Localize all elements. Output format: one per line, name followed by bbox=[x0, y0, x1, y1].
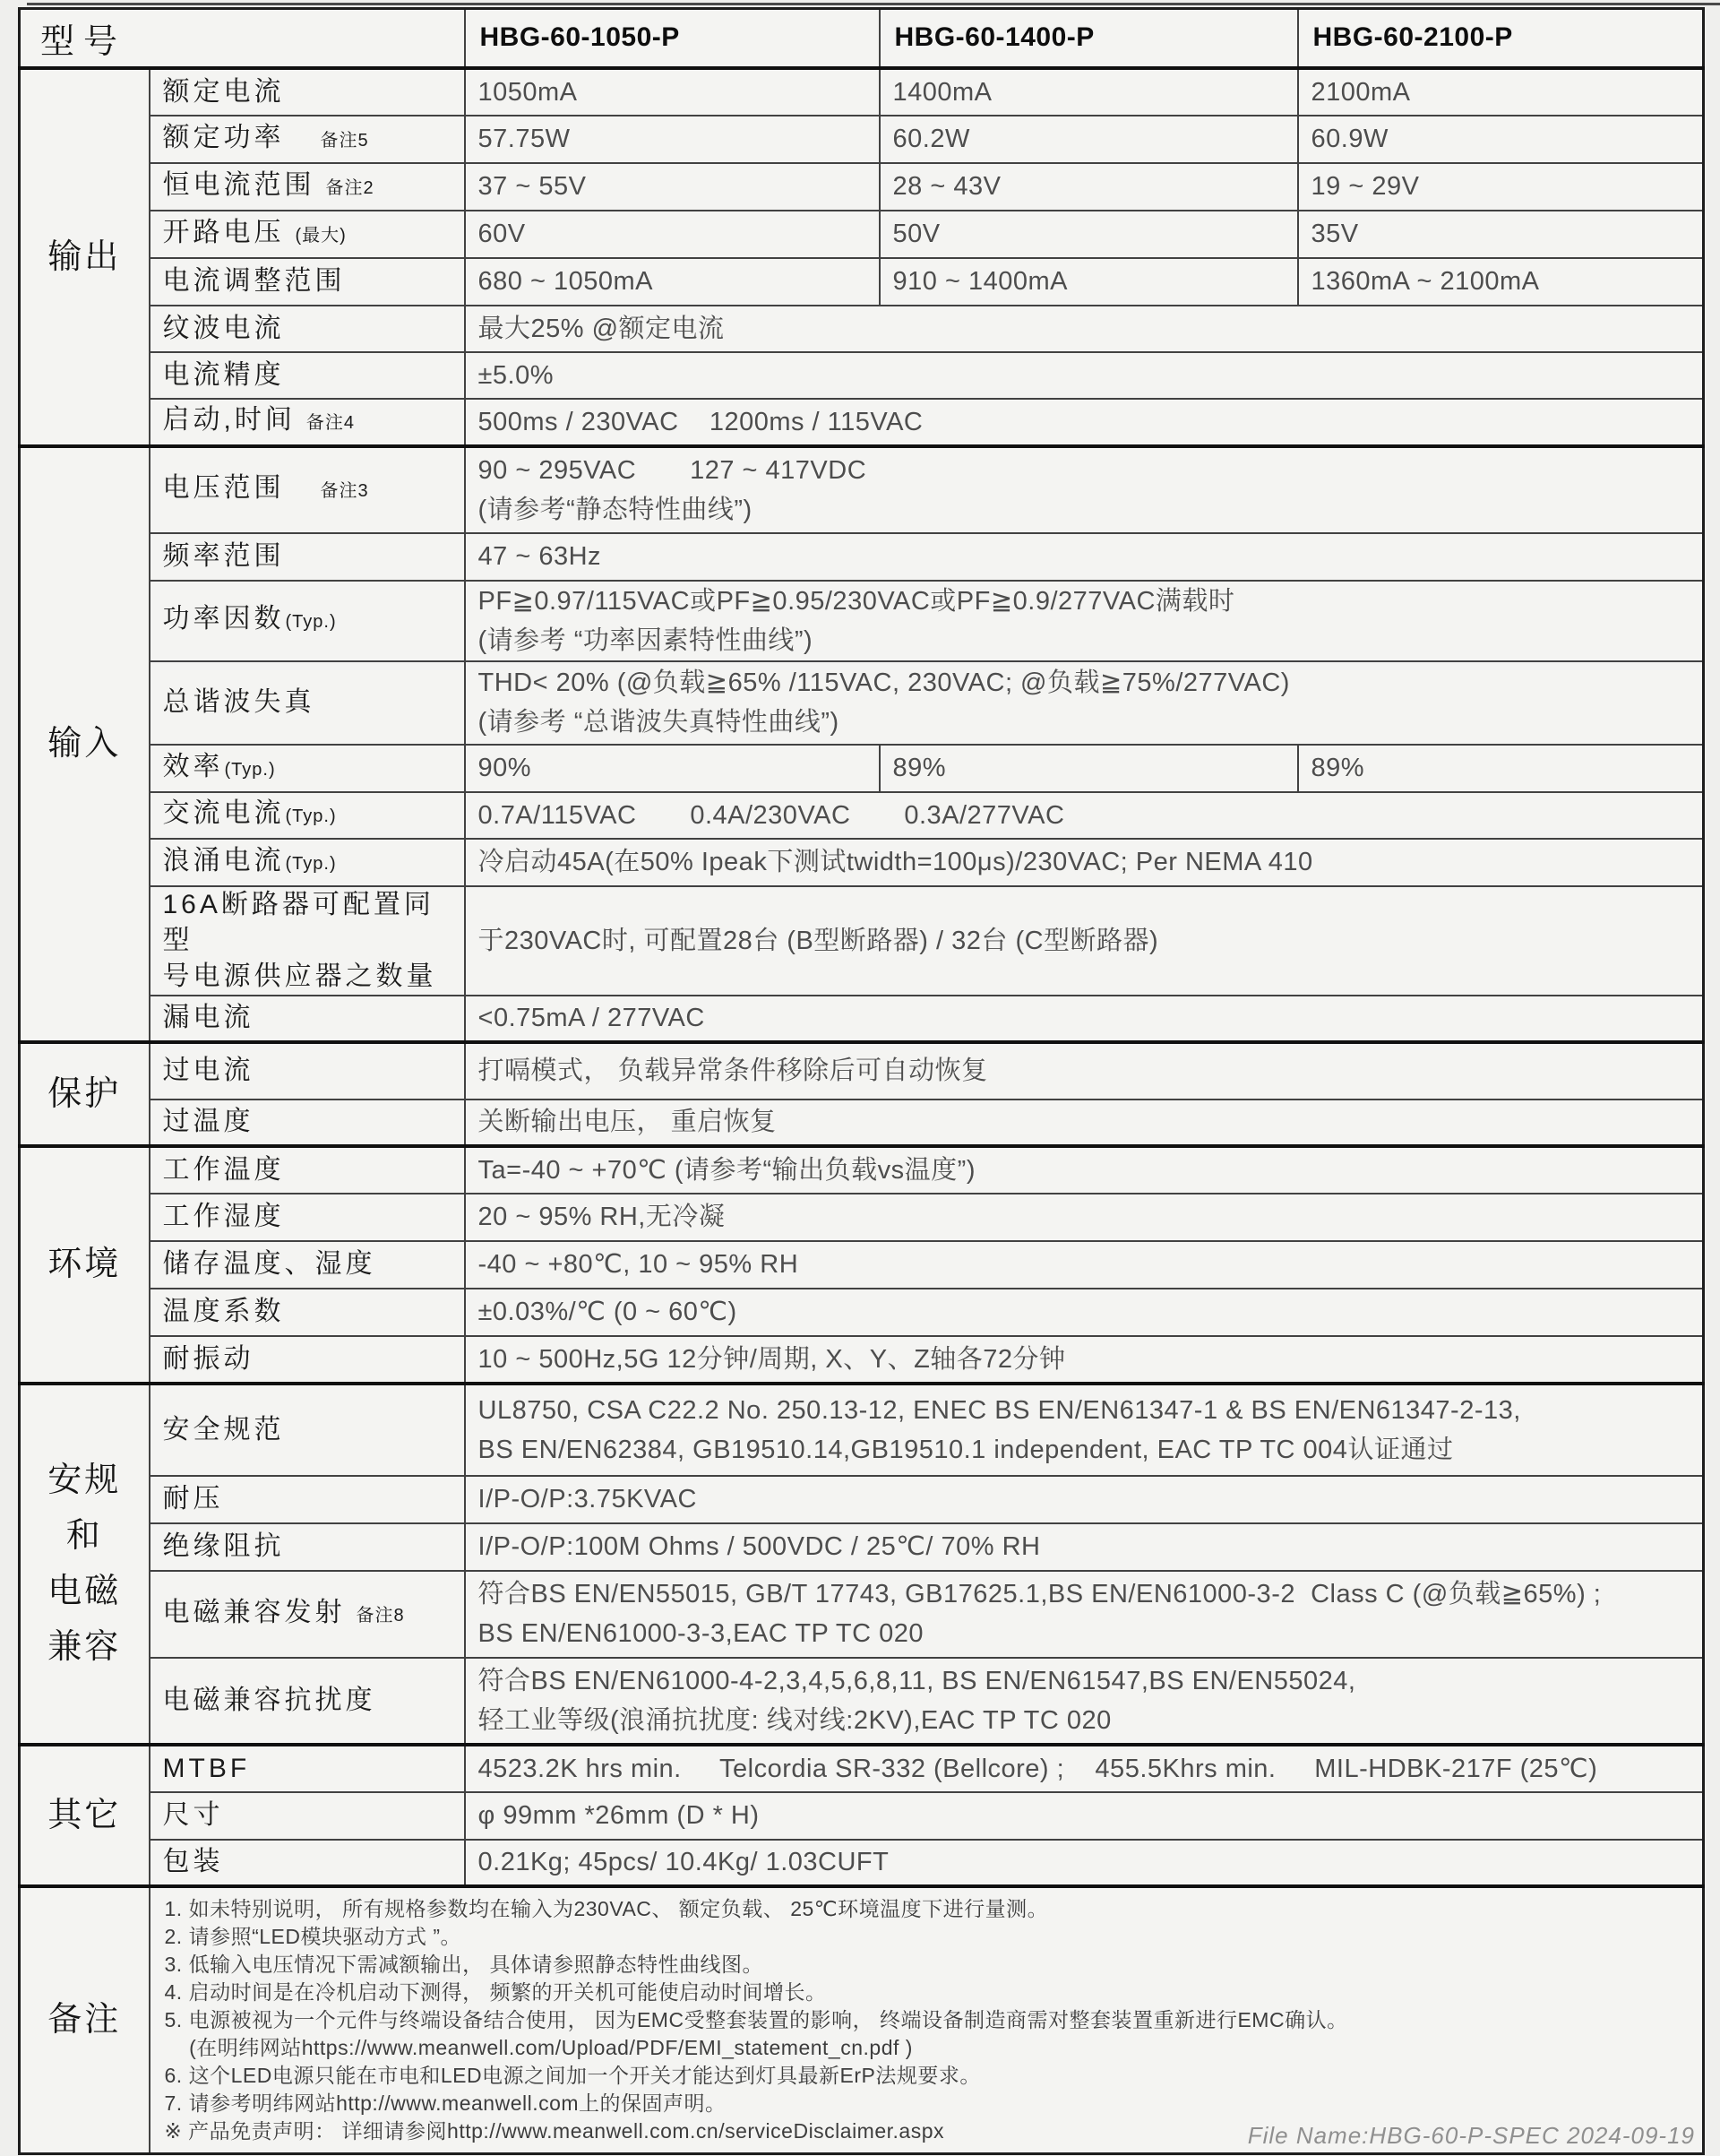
category-cell-protection: 保护 bbox=[20, 1042, 150, 1146]
row-note-label: 备注2 bbox=[326, 178, 374, 198]
row-label-cell: 漏电流 bbox=[150, 996, 465, 1042]
table-row: 安规 和 电磁 兼容 安全规范 UL8750, CSA C22.2 No. 25… bbox=[20, 1384, 1704, 1476]
row-note-label: 备注3 bbox=[321, 481, 369, 501]
row-label-cell: 电流调整范围 bbox=[150, 258, 465, 306]
row-label-cell: 交流电流(Typ.) bbox=[150, 792, 465, 839]
value-cell: 0.7A/115VAC 0.4A/230VAC 0.3A/277VAC bbox=[465, 792, 1704, 839]
page-top-rule bbox=[27, 3, 1720, 5]
row-label-cell: 耐压 bbox=[150, 1476, 465, 1523]
row-label-cell: 电压范围备注3 bbox=[150, 446, 465, 533]
value-cell: ±0.03%/℃ (0 ~ 60℃) bbox=[465, 1289, 1704, 1336]
value-cell: <0.75mA / 277VAC bbox=[465, 996, 1704, 1042]
value-cell: 符合BS EN/EN55015, GB/T 17743, GB17625.1,B… bbox=[465, 1571, 1704, 1658]
model-cell: HBG-60-1400-P bbox=[880, 9, 1298, 68]
category-cell-notes: 备注 bbox=[20, 1886, 150, 2154]
row-note-label: (Typ.) bbox=[286, 806, 337, 826]
notes-cell: 1. 如未特别说明， 所有规格参数均在输入为230VAC、 额定负载、 25℃环… bbox=[150, 1886, 1704, 2154]
row-label-cell: 电磁兼容发射备注8 bbox=[150, 1571, 465, 1658]
table-row: 储存温度、湿度 -40 ~ +80℃, 10 ~ 95% RH bbox=[20, 1241, 1704, 1289]
table-row: 耐压 I/P-O/P:3.75KVAC bbox=[20, 1476, 1704, 1523]
row-label-cell: 电磁兼容抗扰度 bbox=[150, 1658, 465, 1745]
row-label-cell: 工作温度 bbox=[150, 1146, 465, 1194]
value-cell: 89% bbox=[1298, 745, 1704, 792]
value-cell: 关断输出电压， 重启恢复 bbox=[465, 1100, 1704, 1146]
row-label-cell: 绝缘阻抗 bbox=[150, 1523, 465, 1571]
value-cell: UL8750, CSA C22.2 No. 250.13-12, ENEC BS… bbox=[465, 1384, 1704, 1476]
category-cell-environment: 环境 bbox=[20, 1146, 150, 1384]
value-cell: PF≧0.97/115VAC或PF≧0.95/230VAC或PF≧0.9/277… bbox=[465, 581, 1704, 661]
row-note-label: 备注5 bbox=[321, 131, 369, 151]
value-cell: 20 ~ 95% RH,无冷凝 bbox=[465, 1194, 1704, 1241]
table-row: 保护 过电流 打嗝模式， 负载异常条件移除后可自动恢复 bbox=[20, 1042, 1704, 1100]
table-row: 输入 电压范围备注3 90 ~ 295VAC 127 ~ 417VDC (请参考… bbox=[20, 446, 1704, 533]
model-cell: HBG-60-2100-P bbox=[1298, 9, 1704, 68]
row-label-cell: 频率范围 bbox=[150, 533, 465, 581]
value-cell: 89% bbox=[880, 745, 1298, 792]
value-cell: 50V bbox=[880, 211, 1298, 258]
table-row: 交流电流(Typ.) 0.7A/115VAC 0.4A/230VAC 0.3A/… bbox=[20, 792, 1704, 839]
table-row: 电磁兼容发射备注8 符合BS EN/EN55015, GB/T 17743, G… bbox=[20, 1571, 1704, 1658]
value-cell: THD< 20% (@负载≧65% /115VAC, 230VAC; @负载≧7… bbox=[465, 661, 1704, 745]
row-label-cell: 电流精度 bbox=[150, 352, 465, 399]
category-cell-safety-emc: 安规 和 电磁 兼容 bbox=[20, 1384, 150, 1745]
spec-table: 型号 HBG-60-1050-P HBG-60-1400-P HBG-60-21… bbox=[18, 7, 1705, 2155]
row-label-cell: 开路电压(最大) bbox=[150, 211, 465, 258]
table-row: 耐振动 10 ~ 500Hz,5G 12分钟/周期, X、Y、Z轴各72分钟 bbox=[20, 1336, 1704, 1384]
value-cell: 最大25% @额定电流 bbox=[465, 306, 1704, 352]
row-label-cell: 额定电流 bbox=[150, 68, 465, 116]
value-cell: 57.75W bbox=[465, 116, 880, 163]
row-label-cell: 16A断路器可配置同型 号电源供应器之数量 bbox=[150, 886, 465, 996]
table-row: 过温度 关断输出电压， 重启恢复 bbox=[20, 1100, 1704, 1146]
row-label-cell: 工作湿度 bbox=[150, 1194, 465, 1241]
table-row: 电流精度 ±5.0% bbox=[20, 352, 1704, 399]
value-cell: 28 ~ 43V bbox=[880, 163, 1298, 211]
value-cell: I/P-O/P:100M Ohms / 500VDC / 25℃/ 70% RH bbox=[465, 1523, 1704, 1571]
value-cell: 0.21Kg; 45pcs/ 10.4Kg/ 1.03CUFT bbox=[465, 1840, 1704, 1886]
row-label-cell: 启动,时间备注4 bbox=[150, 399, 465, 446]
table-row: 浪涌电流(Typ.) 冷启动45A(在50% Ipeak下测试twidth=10… bbox=[20, 839, 1704, 886]
value-cell: 于230VAC时, 可配置28台 (B型断路器) / 32台 (C型断路器) bbox=[465, 886, 1704, 996]
value-cell: -40 ~ +80℃, 10 ~ 95% RH bbox=[465, 1241, 1704, 1289]
table-row: 绝缘阻抗 I/P-O/P:100M Ohms / 500VDC / 25℃/ 7… bbox=[20, 1523, 1704, 1571]
table-row: 环境 工作温度 Ta=-40 ~ +70℃ (请参考“输出负载vs温度”) bbox=[20, 1146, 1704, 1194]
row-label-cell: 包装 bbox=[150, 1840, 465, 1886]
value-cell: 35V bbox=[1298, 211, 1704, 258]
row-label-cell: 耐振动 bbox=[150, 1336, 465, 1384]
value-cell: 60.9W bbox=[1298, 116, 1704, 163]
value-cell: 90% bbox=[465, 745, 880, 792]
row-note-label: (最大) bbox=[296, 226, 347, 246]
value-cell: 1360mA ~ 2100mA bbox=[1298, 258, 1704, 306]
value-cell: 37 ~ 55V bbox=[465, 163, 880, 211]
row-label-cell: 恒电流范围备注2 bbox=[150, 163, 465, 211]
table-row: 电流调整范围 680 ~ 1050mA 910 ~ 1400mA 1360mA … bbox=[20, 258, 1704, 306]
value-cell: 19 ~ 29V bbox=[1298, 163, 1704, 211]
value-cell: 1400mA bbox=[880, 68, 1298, 116]
value-cell: 1050mA bbox=[465, 68, 880, 116]
row-label-cell: 纹波电流 bbox=[150, 306, 465, 352]
category-cell-input: 输入 bbox=[20, 446, 150, 1042]
model-cell: HBG-60-1050-P bbox=[465, 9, 880, 68]
value-cell: 680 ~ 1050mA bbox=[465, 258, 880, 306]
table-row: 启动,时间备注4 500ms / 230VAC 1200ms / 115VAC bbox=[20, 399, 1704, 446]
row-label-cell: 效率(Typ.) bbox=[150, 745, 465, 792]
table-row: 尺寸 φ 99mm *26mm (D * H) bbox=[20, 1792, 1704, 1840]
table-row: 16A断路器可配置同型 号电源供应器之数量 于230VAC时, 可配置28台 (… bbox=[20, 886, 1704, 996]
row-label-cell: 总谐波失真 bbox=[150, 661, 465, 745]
table-row: 效率(Typ.) 90% 89% 89% bbox=[20, 745, 1704, 792]
spec-page: 型号 HBG-60-1050-P HBG-60-1400-P HBG-60-21… bbox=[0, 0, 1720, 2156]
value-cell: 60.2W bbox=[880, 116, 1298, 163]
table-row: 功率因数(Typ.) PF≧0.97/115VAC或PF≧0.95/230VAC… bbox=[20, 581, 1704, 661]
model-header-label: 型号 bbox=[20, 9, 465, 68]
value-cell: 10 ~ 500Hz,5G 12分钟/周期, X、Y、Z轴各72分钟 bbox=[465, 1336, 1704, 1384]
table-row: 工作湿度 20 ~ 95% RH,无冷凝 bbox=[20, 1194, 1704, 1241]
row-label-cell: 过电流 bbox=[150, 1042, 465, 1100]
category-cell-others: 其它 bbox=[20, 1745, 150, 1886]
row-note-label: 备注4 bbox=[306, 413, 355, 433]
row-note-label: (Typ.) bbox=[286, 612, 337, 632]
table-row: 开路电压(最大) 60V 50V 35V bbox=[20, 211, 1704, 258]
value-cell: φ 99mm *26mm (D * H) bbox=[465, 1792, 1704, 1840]
value-cell: 90 ~ 295VAC 127 ~ 417VDC (请参考“静态特性曲线”) bbox=[465, 446, 1704, 533]
model-header-row: 型号 HBG-60-1050-P HBG-60-1400-P HBG-60-21… bbox=[20, 9, 1704, 68]
table-row: 纹波电流 最大25% @额定电流 bbox=[20, 306, 1704, 352]
value-cell: 47 ~ 63Hz bbox=[465, 533, 1704, 581]
table-row: 总谐波失真 THD< 20% (@负载≧65% /115VAC, 230VAC;… bbox=[20, 661, 1704, 745]
value-cell: 冷启动45A(在50% Ipeak下测试twidth=100μs)/230VAC… bbox=[465, 839, 1704, 886]
row-label-cell: 额定功率备注5 bbox=[150, 116, 465, 163]
table-row: 其它 MTBF 4523.2K hrs min. Telcordia SR-33… bbox=[20, 1745, 1704, 1792]
row-label-cell: 尺寸 bbox=[150, 1792, 465, 1840]
table-row: 恒电流范围备注2 37 ~ 55V 28 ~ 43V 19 ~ 29V bbox=[20, 163, 1704, 211]
row-label-cell: 安全规范 bbox=[150, 1384, 465, 1476]
file-name-note: File Name:HBG-60-P-SPEC 2024-09-19 bbox=[1248, 2122, 1695, 2150]
row-note-label: 备注8 bbox=[357, 1606, 405, 1626]
value-cell: 符合BS EN/EN61000-4-2,3,4,5,6,8,11, BS EN/… bbox=[465, 1658, 1704, 1745]
row-label-cell: 功率因数(Typ.) bbox=[150, 581, 465, 661]
table-row: 漏电流 <0.75mA / 277VAC bbox=[20, 996, 1704, 1042]
value-cell: Ta=-40 ~ +70℃ (请参考“输出负载vs温度”) bbox=[465, 1146, 1704, 1194]
value-cell: 2100mA bbox=[1298, 68, 1704, 116]
table-row: 输出 额定电流 1050mA 1400mA 2100mA bbox=[20, 68, 1704, 116]
row-label-cell: 浪涌电流(Typ.) bbox=[150, 839, 465, 886]
value-cell: 4523.2K hrs min. Telcordia SR-332 (Bellc… bbox=[465, 1745, 1704, 1792]
value-cell: 910 ~ 1400mA bbox=[880, 258, 1298, 306]
value-cell: 500ms / 230VAC 1200ms / 115VAC bbox=[465, 399, 1704, 446]
table-row: 包装 0.21Kg; 45pcs/ 10.4Kg/ 1.03CUFT bbox=[20, 1840, 1704, 1886]
table-row: 温度系数 ±0.03%/℃ (0 ~ 60℃) bbox=[20, 1289, 1704, 1336]
value-cell: 60V bbox=[465, 211, 880, 258]
row-label-cell: 过温度 bbox=[150, 1100, 465, 1146]
notes-row: 备注 1. 如未特别说明， 所有规格参数均在输入为230VAC、 额定负载、 2… bbox=[20, 1886, 1704, 2154]
category-cell-output: 输出 bbox=[20, 68, 150, 446]
row-label-cell: 储存温度、湿度 bbox=[150, 1241, 465, 1289]
table-row: 电磁兼容抗扰度 符合BS EN/EN61000-4-2,3,4,5,6,8,11… bbox=[20, 1658, 1704, 1745]
row-label-cell: 温度系数 bbox=[150, 1289, 465, 1336]
table-row: 额定功率备注5 57.75W 60.2W 60.9W bbox=[20, 116, 1704, 163]
row-note-label: (Typ.) bbox=[286, 854, 337, 874]
value-cell: 打嗝模式， 负载异常条件移除后可自动恢复 bbox=[465, 1042, 1704, 1100]
value-cell: I/P-O/P:3.75KVAC bbox=[465, 1476, 1704, 1523]
row-label-cell: MTBF bbox=[150, 1745, 465, 1792]
value-cell: ±5.0% bbox=[465, 352, 1704, 399]
row-note-label: (Typ.) bbox=[225, 760, 276, 780]
table-row: 频率范围 47 ~ 63Hz bbox=[20, 533, 1704, 581]
